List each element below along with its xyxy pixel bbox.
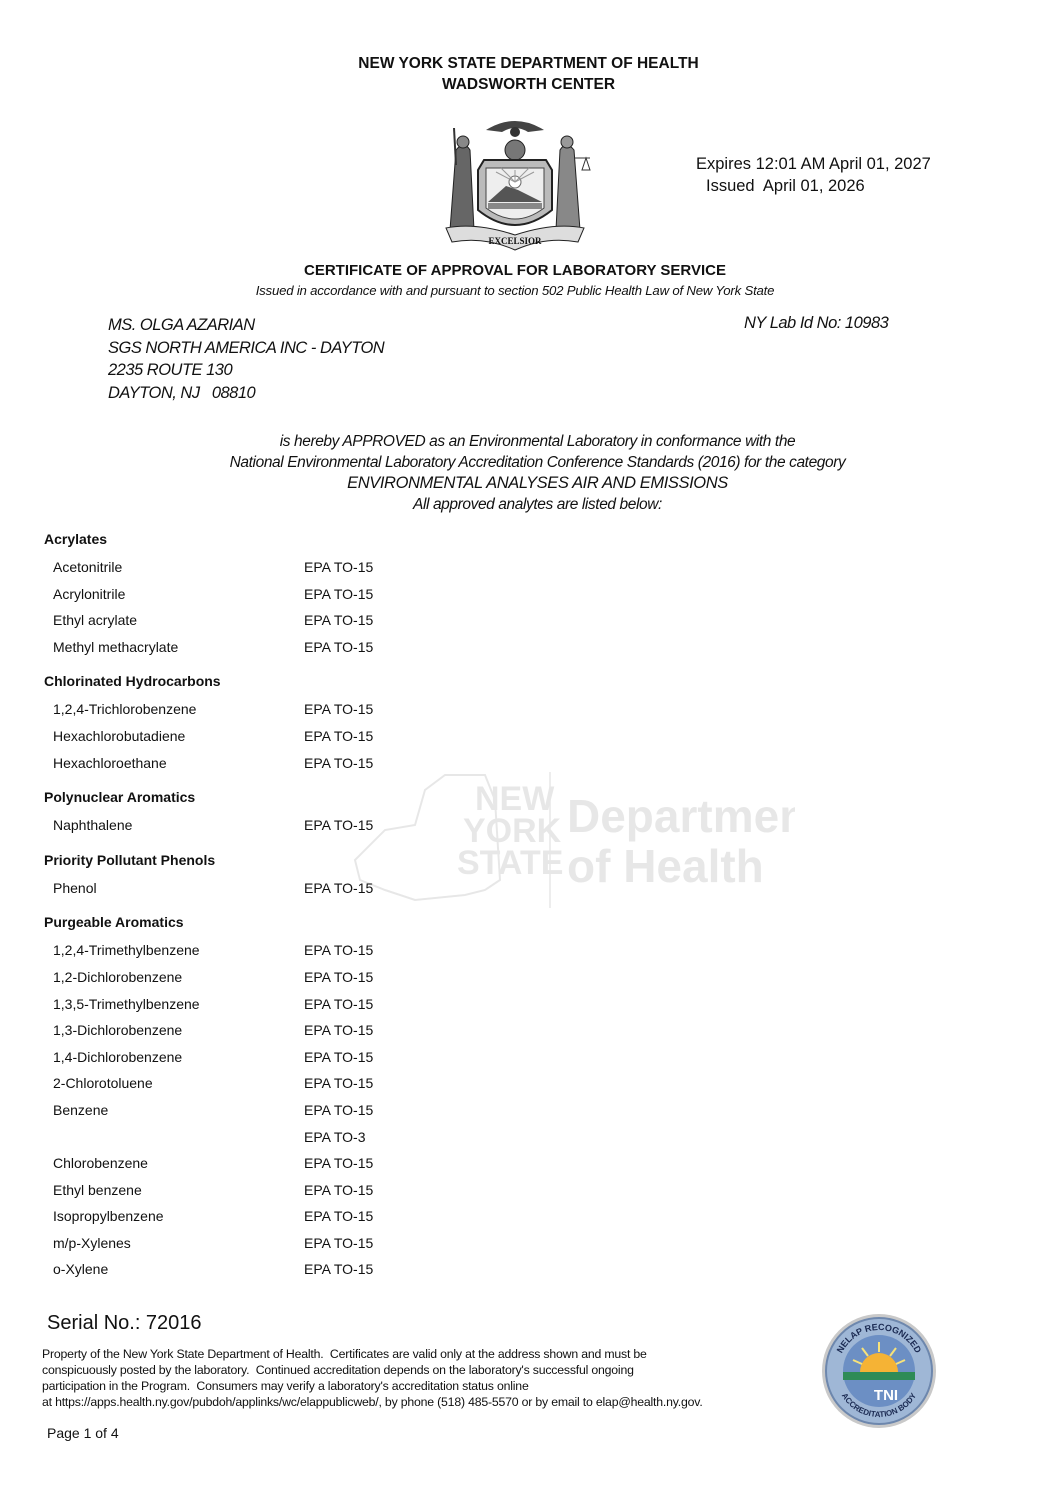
lab-street: 2235 ROUTE 130 — [108, 359, 384, 382]
analyte-row: 1,3,5-TrimethylbenzeneEPA TO-15 — [44, 991, 464, 1018]
analyte-group-title: Polynuclear Aromatics — [44, 784, 464, 812]
analyte-group: Polynuclear AromaticsNaphthaleneEPA TO-1… — [44, 784, 464, 839]
svg-text:TNI: TNI — [874, 1387, 898, 1404]
center-heading: WADSWORTH CENTER — [0, 76, 1057, 94]
footer-notice: Property of the New York State Departmen… — [42, 1346, 762, 1410]
analyte-row: o-XyleneEPA TO-15 — [44, 1256, 464, 1283]
analyte-group: Purgeable Aromatics1,2,4-Trimethylbenzen… — [44, 909, 464, 1283]
analyte-name: 1,3-Dichlorobenzene — [44, 1017, 304, 1044]
analyte-name: Methyl methacrylate — [44, 634, 304, 661]
analyte-row: 1,4-DichlorobenzeneEPA TO-15 — [44, 1044, 464, 1071]
analyte-method: EPA TO-15 — [304, 875, 424, 902]
analyte-group: AcrylatesAcetonitrileEPA TO-15Acrylonitr… — [44, 526, 464, 660]
validity-dates: Expires 12:01 AM April 01, 2027 Issued A… — [696, 153, 931, 197]
issued-value: April 01, 2026 — [763, 177, 865, 195]
analyte-row: 2-ChlorotolueneEPA TO-15 — [44, 1070, 464, 1097]
analyte-method: EPA TO-15 — [304, 554, 424, 581]
analyte-row: PhenolEPA TO-15 — [44, 875, 464, 902]
analyte-method: EPA TO-15 — [304, 1177, 424, 1204]
approval-category: ENVIRONMENTAL ANALYSES AIR AND EMISSIONS — [0, 473, 1057, 494]
issued-label: Issued — [706, 177, 755, 195]
analyte-name: Isopropylbenzene — [44, 1203, 304, 1230]
analyte-row: m/p-XylenesEPA TO-15 — [44, 1230, 464, 1257]
analyte-method: EPA TO-15 — [304, 750, 424, 777]
lab-contact: MS. OLGA AZARIAN — [108, 314, 384, 337]
analyte-row: 1,2-DichlorobenzeneEPA TO-15 — [44, 964, 464, 991]
analyte-name: 1,2-Dichlorobenzene — [44, 964, 304, 991]
serial-number: Serial No.: 72016 — [47, 1312, 202, 1335]
analyte-name: Ethyl acrylate — [44, 607, 304, 634]
svg-text:NEW: NEW — [475, 780, 555, 818]
analyte-name: 1,3,5-Trimethylbenzene — [44, 991, 304, 1018]
analyte-row: IsopropylbenzeneEPA TO-15 — [44, 1203, 464, 1230]
page-number: Page 1 of 4 — [47, 1425, 119, 1441]
footer-line: at https://apps.health.ny.gov/pubdoh/app… — [42, 1394, 762, 1410]
analyte-row: AcetonitrileEPA TO-15 — [44, 554, 464, 581]
approval-line-1: is hereby APPROVED as an Environmental L… — [0, 431, 1057, 452]
analyte-name: Hexachloroethane — [44, 750, 304, 777]
analyte-row: EPA TO-3 — [44, 1124, 464, 1151]
new-york-state-seal-icon: EXCELSIOR — [436, 110, 594, 255]
analyte-method: EPA TO-15 — [304, 723, 424, 750]
issued-line: Issued April 01, 2026 — [696, 175, 931, 197]
analyte-list: AcrylatesAcetonitrileEPA TO-15Acrylonitr… — [44, 526, 464, 1283]
analyte-group-title: Priority Pollutant Phenols — [44, 847, 464, 875]
analyte-name: Acrylonitrile — [44, 581, 304, 608]
analyte-method: EPA TO-15 — [304, 607, 424, 634]
analyte-name: Ethyl benzene — [44, 1177, 304, 1204]
svg-text:EXCELSIOR: EXCELSIOR — [488, 236, 542, 246]
analyte-name — [44, 1124, 304, 1151]
analyte-method: EPA TO-15 — [304, 1044, 424, 1071]
footer-line: conspicuously posted by the laboratory. … — [42, 1362, 762, 1378]
analyte-method: EPA TO-15 — [304, 1097, 424, 1124]
analyte-method: EPA TO-15 — [304, 696, 424, 723]
analyte-row: ChlorobenzeneEPA TO-15 — [44, 1150, 464, 1177]
analyte-group-title: Chlorinated Hydrocarbons — [44, 668, 464, 696]
analyte-method: EPA TO-15 — [304, 1203, 424, 1230]
certificate-subtitle: Issued in accordance with and pursuant t… — [0, 283, 1030, 298]
department-heading: NEW YORK STATE DEPARTMENT OF HEALTH — [0, 55, 1057, 73]
analyte-row: NaphthaleneEPA TO-15 — [44, 812, 464, 839]
analyte-name: Chlorobenzene — [44, 1150, 304, 1177]
footer-line: participation in the Program. Consumers … — [42, 1378, 762, 1394]
expires-line: Expires 12:01 AM April 01, 2027 — [696, 153, 931, 175]
analyte-method: EPA TO-15 — [304, 1150, 424, 1177]
analyte-method: EPA TO-15 — [304, 1017, 424, 1044]
analyte-name: 1,2,4-Trimethylbenzene — [44, 937, 304, 964]
lab-id: NY Lab Id No: 10983 — [744, 314, 888, 333]
analyte-row: Ethyl benzeneEPA TO-15 — [44, 1177, 464, 1204]
analyte-method: EPA TO-15 — [304, 964, 424, 991]
analyte-row: BenzeneEPA TO-15 — [44, 1097, 464, 1124]
analyte-name: Acetonitrile — [44, 554, 304, 581]
analyte-name: m/p-Xylenes — [44, 1230, 304, 1257]
analyte-name: Hexachlorobutadiene — [44, 723, 304, 750]
analyte-name: 2-Chlorotoluene — [44, 1070, 304, 1097]
analyte-group-title: Acrylates — [44, 526, 464, 554]
analyte-row: 1,2,4-TrichlorobenzeneEPA TO-15 — [44, 696, 464, 723]
analyte-row: Methyl methacrylateEPA TO-15 — [44, 634, 464, 661]
approval-statement: is hereby APPROVED as an Environmental L… — [0, 431, 1057, 515]
analyte-name: 1,2,4-Trichlorobenzene — [44, 696, 304, 723]
analyte-group: Priority Pollutant PhenolsPhenolEPA TO-1… — [44, 847, 464, 902]
analyte-group-title: Purgeable Aromatics — [44, 909, 464, 937]
analyte-method: EPA TO-15 — [304, 634, 424, 661]
analyte-row: AcrylonitrileEPA TO-15 — [44, 581, 464, 608]
analyte-name: Phenol — [44, 875, 304, 902]
analyte-group: Chlorinated Hydrocarbons1,2,4-Trichlorob… — [44, 668, 464, 776]
analyte-method: EPA TO-15 — [304, 1070, 424, 1097]
analyte-row: 1,2,4-TrimethylbenzeneEPA TO-15 — [44, 937, 464, 964]
analyte-method: EPA TO-15 — [304, 991, 424, 1018]
footer-line: Property of the New York State Departmen… — [42, 1346, 762, 1362]
svg-text:YORK: YORK — [463, 812, 562, 850]
lab-city: DAYTON, NJ 08810 — [108, 382, 384, 405]
expires-label: Expires — [696, 155, 751, 173]
nelap-tni-badge-icon: TNI NELAP RECOGNIZED ACCREDITATION BODY — [820, 1312, 938, 1430]
certificate-title: CERTIFICATE OF APPROVAL FOR LABORATORY S… — [0, 262, 1030, 279]
analyte-method: EPA TO-15 — [304, 581, 424, 608]
approval-line-2: National Environmental Laboratory Accred… — [0, 452, 1057, 473]
analyte-method: EPA TO-15 — [304, 1230, 424, 1257]
analyte-name: Benzene — [44, 1097, 304, 1124]
lab-address: MS. OLGA AZARIAN SGS NORTH AMERICA INC -… — [108, 314, 384, 404]
analyte-name: o-Xylene — [44, 1256, 304, 1283]
analyte-method: EPA TO-15 — [304, 812, 424, 839]
svg-text:Department: Department — [567, 790, 795, 842]
lab-name: SGS NORTH AMERICA INC - DAYTON — [108, 337, 384, 360]
analyte-row: Ethyl acrylateEPA TO-15 — [44, 607, 464, 634]
svg-text:STATE: STATE — [457, 844, 563, 882]
approval-line-4: All approved analytes are listed below: — [0, 494, 1057, 515]
analyte-method: EPA TO-3 — [304, 1124, 424, 1151]
analyte-method: EPA TO-15 — [304, 1256, 424, 1283]
expires-value: 12:01 AM April 01, 2027 — [756, 155, 931, 173]
analyte-row: 1,3-DichlorobenzeneEPA TO-15 — [44, 1017, 464, 1044]
analyte-method: EPA TO-15 — [304, 937, 424, 964]
analyte-name: 1,4-Dichlorobenzene — [44, 1044, 304, 1071]
analyte-row: HexachlorobutadieneEPA TO-15 — [44, 723, 464, 750]
analyte-row: HexachloroethaneEPA TO-15 — [44, 750, 464, 777]
svg-text:of Health: of Health — [567, 840, 764, 892]
analyte-name: Naphthalene — [44, 812, 304, 839]
